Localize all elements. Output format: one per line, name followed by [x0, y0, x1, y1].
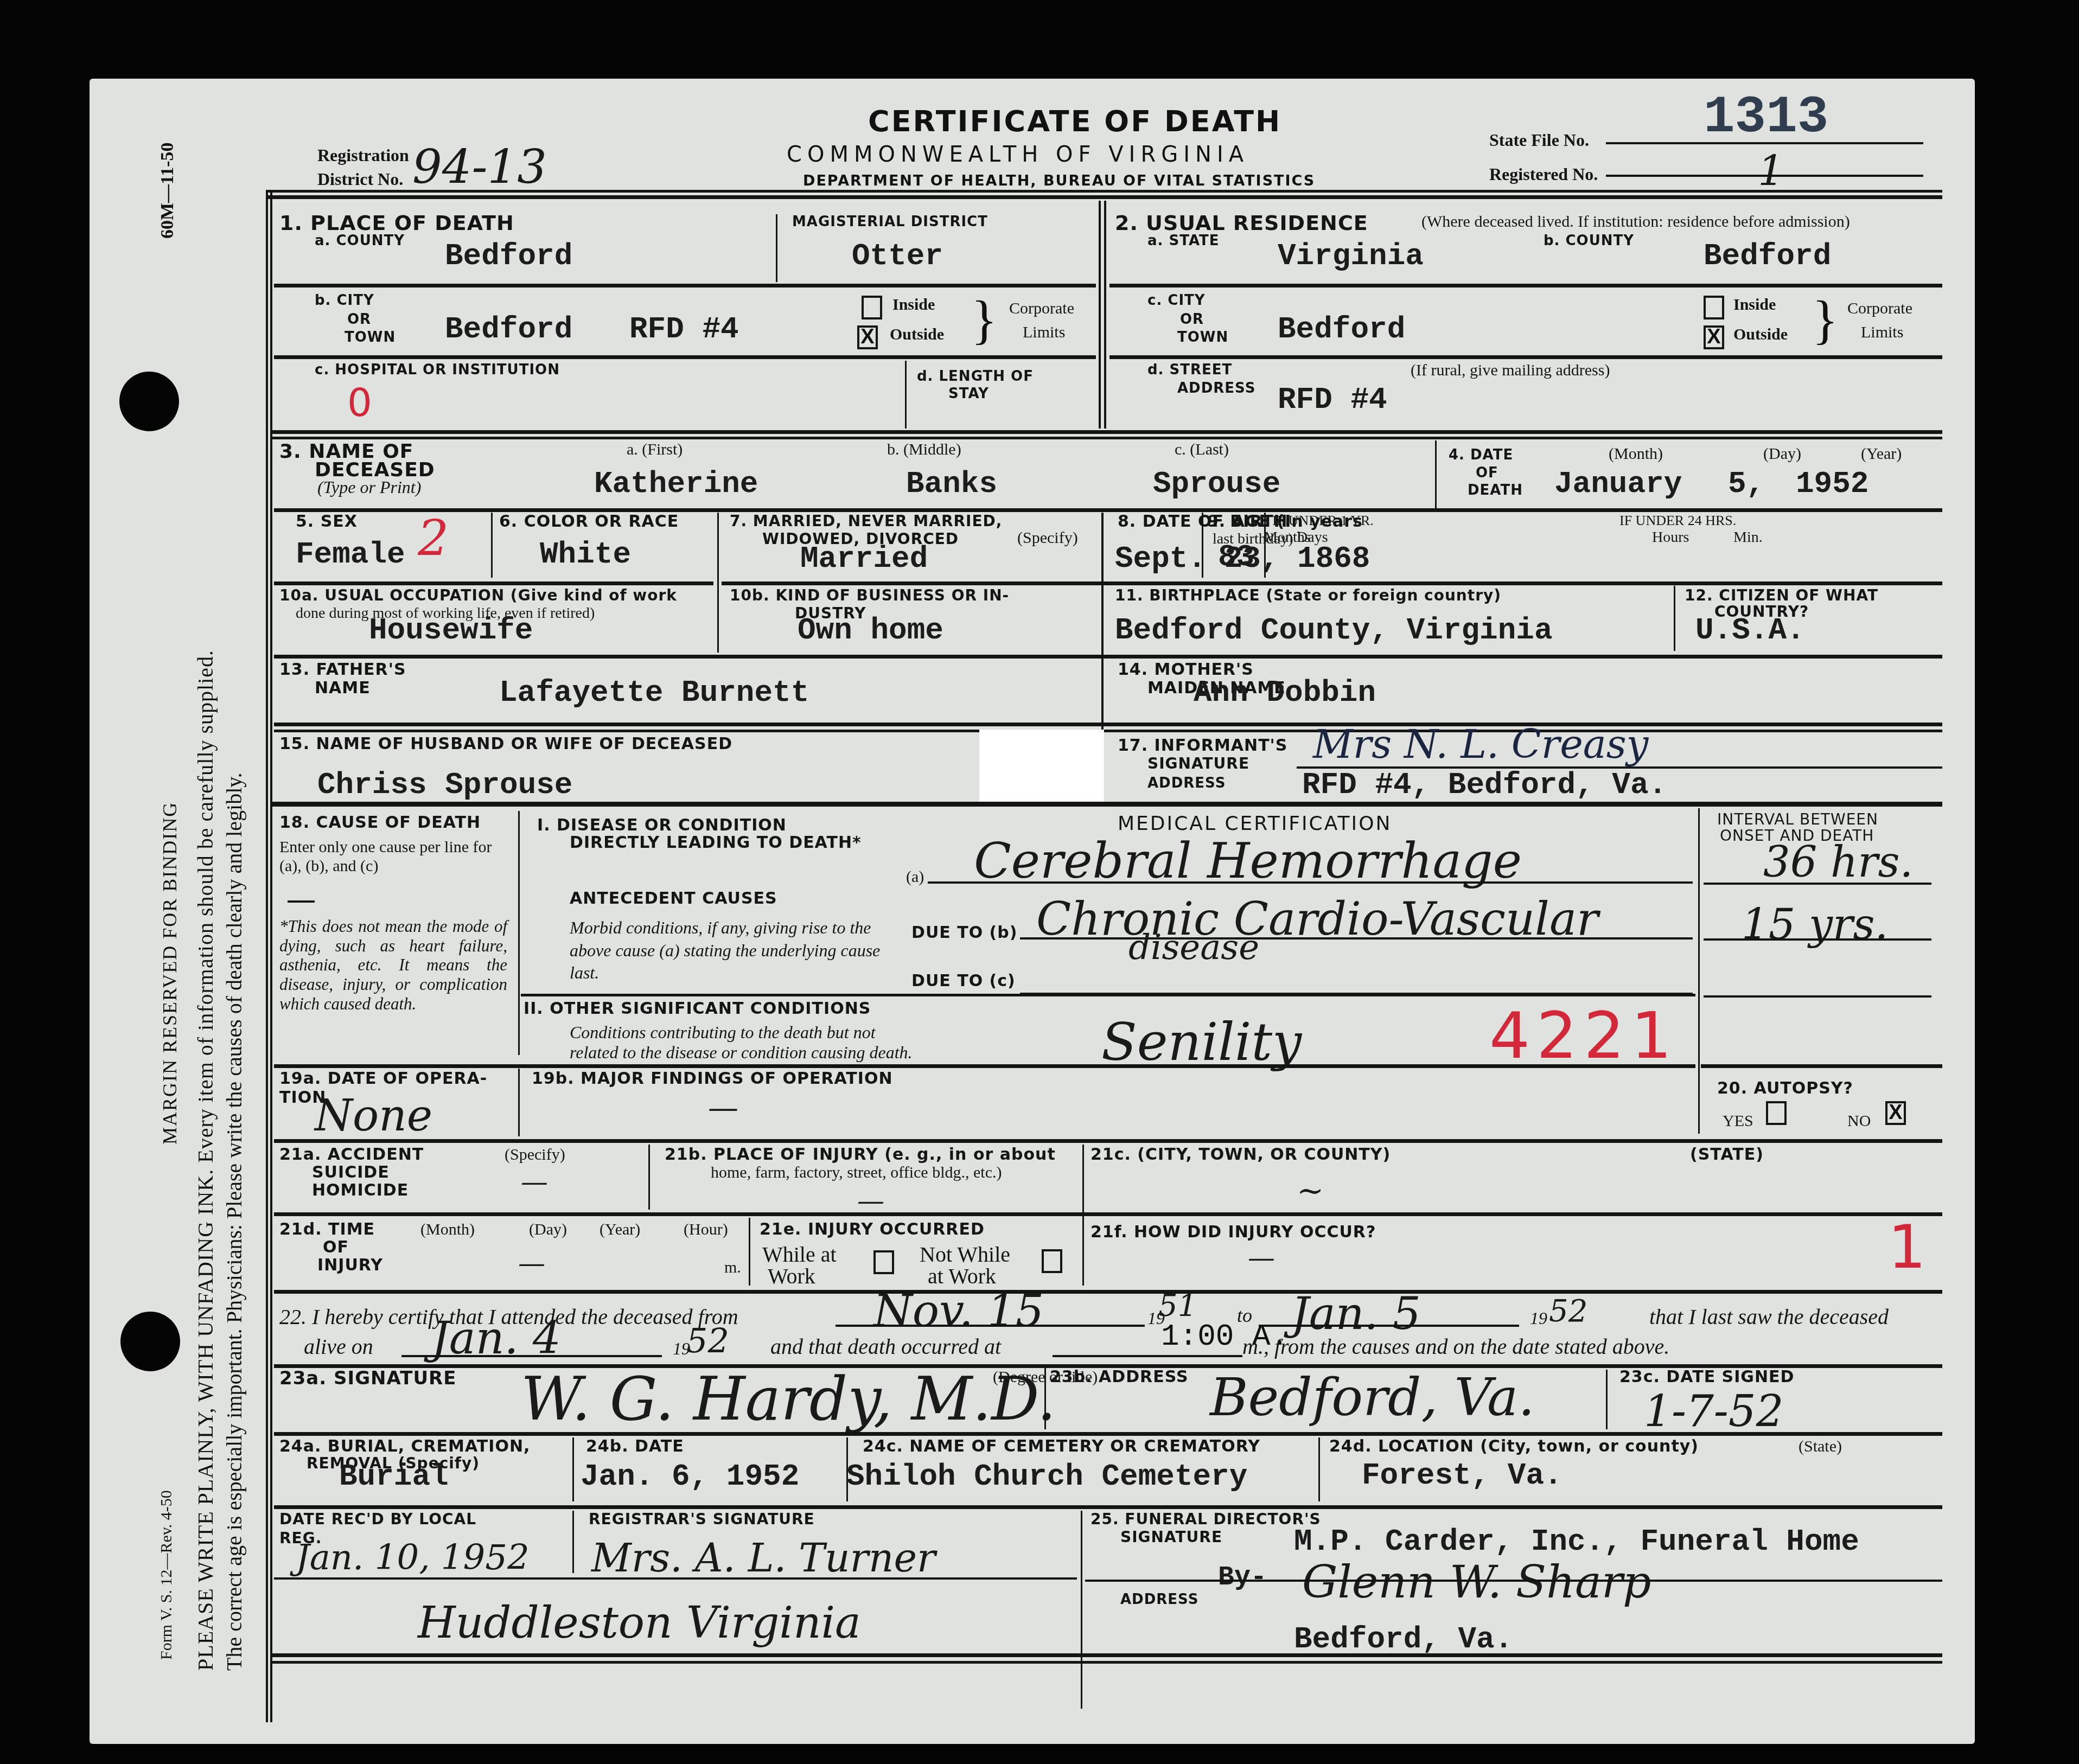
death-city-rfd: RFD #4 [629, 312, 739, 347]
form-bottom-rule [271, 1653, 1942, 1657]
op-divider [518, 1069, 520, 1136]
form-rev: Form V. S. 12—Rev. 4-50 [157, 1490, 176, 1660]
birthplace-label: 11. BIRTHPLACE (State or foreign country… [1115, 587, 1501, 604]
funeral-director: M.P. Carder, Inc., Funeral Home [1294, 1524, 1859, 1559]
magisterial-district: Otter [852, 239, 943, 273]
center-divider-top [1099, 201, 1101, 429]
cert-from-date: Nov. 15 [873, 1286, 1044, 1337]
rule-row8 [271, 802, 1942, 807]
cert-alive-year: 52 [686, 1321, 729, 1360]
occurred-label: 21e. INJURY OCCURRED [760, 1220, 985, 1239]
page-title: CERTIFICATE OF DEATH [868, 104, 1281, 138]
accident-specify: (Specify) [505, 1146, 565, 1165]
cert-from-line [836, 1325, 1145, 1327]
county-label: a. COUNTY [315, 233, 405, 250]
autopsy-no-label: NO [1847, 1112, 1871, 1131]
interval-c-line [1704, 995, 1931, 998]
last-name-label: c. (Last) [1175, 440, 1229, 459]
mother-name: Ann Dobbin [1194, 675, 1376, 710]
state-file-no: 1313 [1704, 88, 1828, 147]
physician-signature: W. G. Hardy, M.D. [521, 1364, 1056, 1434]
marital-value: Married [800, 541, 928, 576]
spouse-name: Chriss Sprouse [317, 768, 572, 802]
father-name: Lafayette Burnett [499, 675, 809, 710]
res-outside-label: Outside [1733, 325, 1788, 344]
cert-text-4: m., from the causes and on the date stat… [1242, 1334, 1669, 1359]
cert-time-line [1053, 1355, 1242, 1357]
year-label: (Year) [1861, 445, 1902, 464]
state-file-underline [1606, 142, 1923, 144]
magisterial-divider [776, 214, 777, 282]
limits-label: Limits [1023, 323, 1065, 342]
cause-dash [288, 900, 315, 903]
race-value: White [540, 537, 631, 572]
time-value: — [518, 1248, 545, 1279]
cause-code: 4221 [1489, 998, 1678, 1073]
divider-dob-age [1202, 513, 1203, 578]
business-label-1: 10b. KIND OF BUSINESS OR IN- [730, 587, 1009, 604]
death-outside-checkbox[interactable]: X [857, 325, 878, 349]
res-state-label: a. STATE [1147, 233, 1220, 250]
medical-cert-title: MEDICAL CERTIFICATION [1118, 813, 1392, 835]
father-label-1: 13. FATHER'S [279, 661, 406, 680]
res-county-label: b. COUNTY [1544, 233, 1634, 250]
under-1yr-label: IF UNDER 1 YR. [1272, 513, 1374, 529]
death-day: 5, [1728, 466, 1764, 501]
other-note-1: Conditions contributing to the death but… [570, 1022, 876, 1043]
burial-label-1: 24a. BURIAL, CREMATION, [279, 1437, 530, 1456]
hospital-label: c. HOSPITAL OR INSTITUTION [315, 362, 560, 379]
last-name: Sprouse [1153, 466, 1280, 501]
res-street-label: d. STREET [1147, 362, 1232, 379]
res-brace-icon: } [1812, 293, 1838, 347]
autopsy-label: 20. AUTOPSY? [1717, 1079, 1853, 1098]
cert-to-date: Jan. 5 [1291, 1288, 1421, 1340]
res-county: Bedford [1704, 239, 1831, 273]
birthplace-value: Bedford County, Virginia [1115, 613, 1553, 648]
rule-row15 [274, 1505, 1942, 1509]
rule-row9b [1701, 1064, 1942, 1068]
marital-label-1: 7. MARRIED, NEVER MARRIED, [730, 513, 1002, 530]
cert-alive-label: alive on [304, 1334, 373, 1359]
date-label-2: OF [1476, 465, 1498, 482]
divider-race-marital [717, 513, 719, 653]
res-limits-label: Limits [1861, 323, 1903, 342]
city-label-b: b. CITY [315, 293, 374, 309]
under-24hrs-label: IF UNDER 24 HRS. [1619, 513, 1736, 529]
other-conditions: Senility [1101, 1012, 1302, 1072]
form-code: 60M—11-50 [157, 142, 178, 239]
hospital-value: 0 [347, 380, 372, 425]
funeral-label-1: 25. FUNERAL DIRECTOR'S [1090, 1511, 1321, 1528]
injury-state-label: (STATE) [1690, 1146, 1764, 1165]
res-street-note: (If rural, give mailing address) [1411, 361, 1610, 380]
rule-other [521, 994, 1695, 996]
sex-code: 2 [418, 510, 449, 567]
res-address-label: ADDRESS [1177, 381, 1255, 397]
cause-b-cont: disease [1128, 928, 1259, 968]
stay-label: STAY [948, 386, 989, 402]
antecedent-label: ANTECEDENT CAUSES [570, 890, 777, 909]
funeral-label-2: SIGNATURE [1120, 1529, 1222, 1546]
time-label-3: INJURY [317, 1256, 383, 1275]
sex-label: 5. SEX [296, 513, 358, 532]
while-work-label-2: Work [768, 1264, 815, 1289]
rule-row1-end-2 [271, 437, 1942, 439]
cemetery-name: Shiloh Church Cemetery [846, 1459, 1247, 1494]
divider-citizen [1674, 586, 1675, 651]
cause-divider [518, 811, 520, 1055]
city-label-or: OR [347, 312, 371, 328]
how-injury-label: 21f. HOW DID INJURY OCCUR? [1090, 1223, 1376, 1242]
informant-label-1: 17. INFORMANT'S [1118, 737, 1287, 756]
registration-district-no: 94-13 [412, 140, 547, 194]
age-value: 83 [1218, 540, 1254, 574]
time-day-label: (Day) [529, 1220, 567, 1239]
date-signed-label: 23c. DATE SIGNED [1619, 1368, 1794, 1387]
physician-address-label: 23b. ADDRESS [1050, 1368, 1189, 1387]
registered-underline [1606, 175, 1923, 177]
rule-row14 [274, 1432, 1942, 1436]
funeral-address: Bedford, Va. [1294, 1622, 1513, 1657]
instruction-line-1: PLEASE WRITE PLAINLY, WITH UNFADING INK.… [193, 650, 218, 1671]
res-street: RFD #4 [1278, 382, 1387, 417]
cause-c-label: DUE TO (c) [911, 972, 1016, 991]
first-name-label: a. (First) [627, 440, 683, 459]
registered-no: 1 [1758, 146, 1784, 195]
first-name: Katherine [594, 466, 758, 501]
death-month: January [1554, 466, 1682, 501]
other-label: II. OTHER SIGNIFICANT CONDITIONS [524, 1000, 871, 1019]
how-injury-value: — [1248, 1242, 1275, 1274]
district-label: District No. [317, 169, 403, 189]
hours-label: Hours [1652, 529, 1689, 546]
date-received-label-1: DATE REC'D BY LOCAL [279, 1511, 476, 1528]
autopsy-no-checkbox[interactable]: X [1885, 1101, 1906, 1125]
res-inside-label: Inside [1733, 296, 1776, 315]
place-of-death-heading: 1. PLACE OF DEATH [279, 212, 514, 235]
redaction-box [979, 730, 1104, 806]
informant-address: RFD #4, Bedford, Va. [1302, 768, 1667, 802]
magisterial-label: MAGISTERIAL DISTRICT [792, 214, 988, 231]
cause-of-death-label: 18. CAUSE OF DEATH [279, 814, 481, 833]
registered-label: Registered No. [1489, 164, 1598, 184]
informant-signature: Mrs N. L. Creasy [1313, 721, 1648, 767]
punch-hole-top [119, 372, 179, 431]
interval-label-1: INTERVAL BETWEEN [1717, 811, 1878, 828]
registrar-line [274, 1577, 1077, 1580]
month-label: (Month) [1609, 445, 1663, 464]
disease-label-1: I. DISEASE OR CONDITION [537, 816, 787, 835]
informant-label-2: SIGNATURE [1147, 755, 1249, 772]
burial-date: Jan. 6, 1952 [581, 1459, 799, 1494]
rule-row7 [274, 723, 1942, 726]
while-work-checkbox[interactable] [873, 1250, 894, 1274]
rule-row6 [274, 655, 1942, 659]
cert-to-year: 52 [1549, 1294, 1587, 1329]
death-inside-label: Inside [892, 296, 935, 315]
divider-sex-race [491, 513, 493, 578]
time-label-2: OF [323, 1238, 349, 1257]
father-label-2: NAME [315, 679, 371, 698]
middle-name: Banks [906, 466, 997, 501]
city-label-town: TOWN [345, 330, 396, 346]
spouse-label: 15. NAME OF HUSBAND OR WIFE OF DECEASED [279, 735, 732, 754]
physician-address: Bedford, Va. [1210, 1367, 1535, 1428]
interval-a: 36 hrs. [1763, 838, 1913, 887]
corporate-label: Corporate [1009, 299, 1074, 318]
injury-city-label: 21c. (CITY, TOWN, OR COUNTY) [1090, 1146, 1391, 1165]
usual-residence-heading: 2. USUAL RESIDENCE [1115, 212, 1368, 235]
op-findings-label: 19b. MAJOR FINDINGS OF OPERATION [532, 1070, 893, 1089]
date-received: Jan. 10, 1952 [296, 1538, 530, 1578]
form-top-rule [266, 190, 1942, 193]
time-year-label: (Year) [600, 1220, 640, 1239]
not-while-checkbox[interactable] [1042, 1249, 1062, 1273]
morbid-note: Morbid conditions, if any, giving rise t… [570, 917, 895, 985]
cert-to-year-prefix: 19 [1530, 1308, 1547, 1328]
registrar-signature: Mrs. A. L. Turner [591, 1535, 935, 1581]
citizen-value: U.S.A. [1695, 613, 1805, 648]
death-year: 1952 [1796, 466, 1868, 501]
center-divider-top-2 [1104, 201, 1106, 429]
burial-date-label: 24b. DATE [586, 1437, 684, 1456]
rule-row5b [722, 581, 1942, 585]
rule-row1-end [271, 430, 1942, 434]
interval-b-line [1704, 938, 1931, 941]
rule-row7b [274, 730, 1942, 732]
burial-location: Forest, Va. [1362, 1458, 1563, 1493]
brace-icon: } [971, 293, 997, 347]
occurred-divider [749, 1218, 750, 1286]
state-file-label: State File No. [1489, 130, 1589, 150]
op-findings: — [708, 1090, 738, 1126]
occupation-label-1: 10a. USUAL OCCUPATION (Give kind of work [279, 587, 677, 604]
res-city-label-town: TOWN [1177, 330, 1228, 346]
rule-row9 [274, 1064, 1695, 1068]
res-city: Bedford [1278, 312, 1405, 347]
instruction-line-2: The correct age is especially important.… [221, 772, 247, 1671]
form-bottom-rule-2 [271, 1661, 1942, 1664]
usual-residence-note: (Where deceased lived. If institution: r… [1421, 213, 1850, 232]
day-label: (Day) [1763, 445, 1801, 464]
autopsy-yes-checkbox[interactable] [1766, 1101, 1787, 1125]
res-city-label-or: OR [1180, 312, 1204, 328]
time-hour-label: (Hour) [684, 1220, 728, 1239]
res-outside-checkbox[interactable]: X [1704, 325, 1724, 349]
form-top-rule-2 [266, 195, 1942, 199]
cert-alive-line [401, 1355, 662, 1357]
location-state-label: (State) [1799, 1437, 1842, 1456]
death-county: Bedford [445, 239, 572, 273]
registrar-divider [572, 1511, 574, 1573]
informant-address-label: ADDRESS [1147, 776, 1226, 792]
interval-divider [1698, 808, 1700, 1134]
cert-to-line [1259, 1325, 1519, 1327]
date-label-3: DEATH [1468, 483, 1523, 499]
middle-name-label: b. (Middle) [887, 440, 961, 459]
business-value: Own home [798, 613, 943, 648]
accident-label-2: SUICIDE [312, 1164, 390, 1183]
rule-row5 [274, 581, 713, 585]
injury-place-label-2: home, farm, factory, street, office bldg… [711, 1164, 1002, 1183]
location-label: 24d. LOCATION (City, town, or county) [1329, 1437, 1699, 1456]
date-signed: 1-7-52 [1644, 1386, 1784, 1436]
rule-row12 [274, 1290, 1942, 1294]
accident-label-1: 21a. ACCIDENT [279, 1146, 424, 1165]
injury-place-label-1: 21b. PLACE OF INJURY (e. g., in or about [665, 1146, 1056, 1165]
length-label: d. LENGTH OF [917, 369, 1034, 385]
punch-hole-bottom [120, 1312, 180, 1371]
cause-footnote: *This does not mean the mode of dying, s… [279, 917, 507, 1013]
cause-a-label: (a) [906, 868, 924, 887]
form-left-border-2 [270, 190, 272, 1722]
cert-text-2: that I last saw the deceased [1649, 1305, 1889, 1330]
accident-divider [648, 1145, 650, 1210]
occupation-value: Housewife [369, 613, 533, 648]
date-signed-divider [1606, 1370, 1608, 1429]
cause-b-line [1020, 937, 1693, 939]
time-label-1: 21d. TIME [279, 1220, 375, 1239]
interval-b: 15 yrs. [1742, 900, 1888, 949]
disease-label-2: DIRECTLY LEADING TO DEATH* [570, 834, 862, 853]
funeral-by-label: By- [1218, 1562, 1267, 1593]
binding-note: MARGIN RESERVED FOR BINDING [158, 802, 181, 1145]
cert-from-year: 51 [1158, 1288, 1197, 1324]
days-label: Days [1297, 529, 1328, 546]
cause-a-line [928, 881, 1693, 884]
accident-value: — [521, 1166, 548, 1198]
rule-row11 [274, 1212, 1942, 1216]
cause-instruction: Enter only one cause per line for (a), (… [279, 838, 507, 875]
min-label: Min. [1733, 529, 1763, 546]
funeral-address-label: ADDRESS [1120, 1592, 1198, 1608]
marital-specify: (Specify) [1017, 529, 1078, 548]
accident-label-3: HOMICIDE [312, 1181, 409, 1200]
rule-1b [274, 355, 1096, 359]
res-inside-checkbox[interactable] [1704, 296, 1724, 319]
autopsy-yes-label: YES [1723, 1112, 1753, 1131]
registrar-signature-label: REGISTRAR'S SIGNATURE [589, 1511, 815, 1528]
name-label-3: (Type or Print) [317, 477, 421, 497]
signature-label: 23a. SIGNATURE [279, 1368, 456, 1389]
time-m-label: m. [724, 1258, 741, 1277]
length-divider [905, 361, 907, 429]
time-month-label: (Month) [420, 1220, 475, 1239]
registrar-location: Huddleston Virginia [418, 1597, 861, 1648]
res-city-label-c: c. CITY [1147, 293, 1206, 309]
cause-b-label: DUE TO (b) [911, 924, 1018, 943]
rule-2a [1109, 284, 1942, 287]
registration-label: Registration [317, 145, 409, 165]
rule-row3 [274, 508, 1942, 512]
injury-red-mark: 1 [1888, 1212, 1926, 1282]
cert-text-3: and that death occurred at [770, 1334, 1001, 1359]
department-heading: DEPARTMENT OF HEALTH, BUREAU OF VITAL ST… [803, 172, 1315, 189]
cemetery-label: 24c. NAME OF CEMETERY OR CREMATORY [863, 1437, 1260, 1456]
race-label: 6. COLOR OR RACE [499, 513, 679, 532]
injury-city-value: ~ [1297, 1172, 1324, 1210]
funeral-divider [1081, 1511, 1082, 1709]
rule-1a [274, 284, 1096, 287]
date-death-divider [1435, 440, 1437, 510]
citizen-label-1: 12. CITIZEN OF WHAT [1685, 587, 1878, 604]
burial-type: Burial [339, 1459, 449, 1494]
sig-address-divider [1044, 1367, 1046, 1429]
death-outside-label: Outside [890, 325, 944, 344]
rule-row10 [274, 1139, 1942, 1143]
funeral-by-signature: Glenn W. Sharp [1302, 1557, 1651, 1608]
death-inside-checkbox[interactable] [862, 296, 882, 319]
funeral-line [1085, 1580, 1942, 1582]
rule-2b [1109, 355, 1942, 359]
form-left-border [266, 190, 268, 1722]
interval-a-line [1704, 883, 1931, 885]
res-corporate-label: Corporate [1847, 299, 1912, 318]
op-date: None [315, 1090, 432, 1141]
date-label-1: 4. DATE [1449, 448, 1513, 464]
location-divider [1318, 1437, 1320, 1501]
burial-divider [572, 1437, 574, 1501]
commonwealth-heading: COMMONWEALTH OF VIRGINIA [787, 142, 1249, 167]
other-note-2: related to the disease or condition caus… [570, 1043, 913, 1063]
res-state: Virginia [1278, 239, 1424, 273]
sex-value: Female [296, 537, 405, 572]
death-city: Bedford [445, 312, 572, 347]
